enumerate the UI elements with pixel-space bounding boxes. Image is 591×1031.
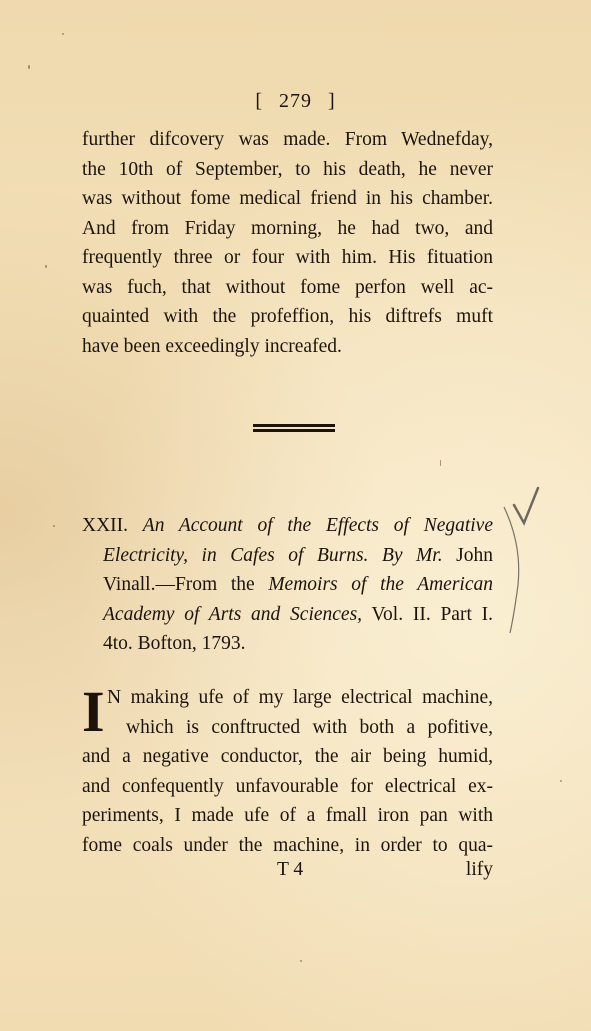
text-line: frequently three or four with him. His f… [82,243,493,273]
text-line: the 10th of September, to his death, he … [82,155,493,185]
article-heading: XXII. An Account of the Effects of Negat… [82,511,493,659]
volume-info: Vol. II. Part I. [371,604,493,625]
drop-cap: I [82,687,105,737]
heading-line-5: 4to. Bofton, 1793. [82,629,493,659]
heading-line-1: XXII. An Account of the Effects of Negat… [82,511,493,541]
text-line: quainted with the profeffion, his diftre… [82,302,493,332]
article-title-part: Electricity, in Cafes of Burns. By Mr. [103,545,443,566]
signature-mark: T 4 [277,859,303,881]
bracket-open: [ [255,90,263,112]
text-line: was without fome medical friend in his c… [82,184,493,214]
text-line: and confequently unfavourable for electr… [82,772,493,802]
text-line: periments, I made ufe of a fmall iron pa… [82,801,493,831]
article-title-part: An Account of the Effects of Negative [143,515,493,536]
heading-line-4: Academy of Arts and Sciences, Vol. II. P… [82,600,493,630]
text-line: was fuch, that without fome perfon well … [82,273,493,303]
page-header: [ 279 ] [0,90,591,113]
page-number: 279 [279,90,312,112]
book-page: [ 279 ] further difcovery was made. From… [0,0,591,1031]
paper-speck [53,525,55,527]
paper-speck [45,265,47,268]
paper-speck [28,65,30,69]
source-title: Academy of Arts and Sciences, [103,604,362,625]
paper-speck [62,33,64,35]
text-line: which is conftructed with both a pofitiv… [82,713,493,743]
author-name: John [456,545,493,566]
text-line: further difcovery was made. From Wednefd… [82,125,493,155]
text-line: have been exceedingly increafed. [82,332,493,362]
section-divider [253,424,335,432]
paper-speck [560,780,562,782]
catchword: lify [466,859,493,881]
continued-paragraph: further difcovery was made. From Wednefd… [82,125,493,361]
source-title: Memoirs of the American [268,574,493,595]
heading-line-3: Vinall.—From the Memoirs of the American [82,570,493,600]
text-line: And from Friday morning, he had two, and [82,214,493,244]
body-paragraph: I N making ufe of my large electrical ma… [82,683,493,860]
text-line: N making ufe of my large electrical mach… [82,683,493,713]
text-line: and a negative conductor, the air being … [82,742,493,772]
heading-line-2: Electricity, in Cafes of Burns. By Mr. J… [82,541,493,571]
text-line: fome coals under the machine, in order t… [82,831,493,861]
paper-speck [300,960,302,962]
article-number: XXII. [82,515,128,536]
page-footer: T 4 lify [82,859,493,889]
source-text: Vinall.—From the [103,574,255,595]
bracket-close: ] [328,90,336,112]
pencil-checkmark-annotation [500,485,560,635]
paper-speck [440,460,441,466]
